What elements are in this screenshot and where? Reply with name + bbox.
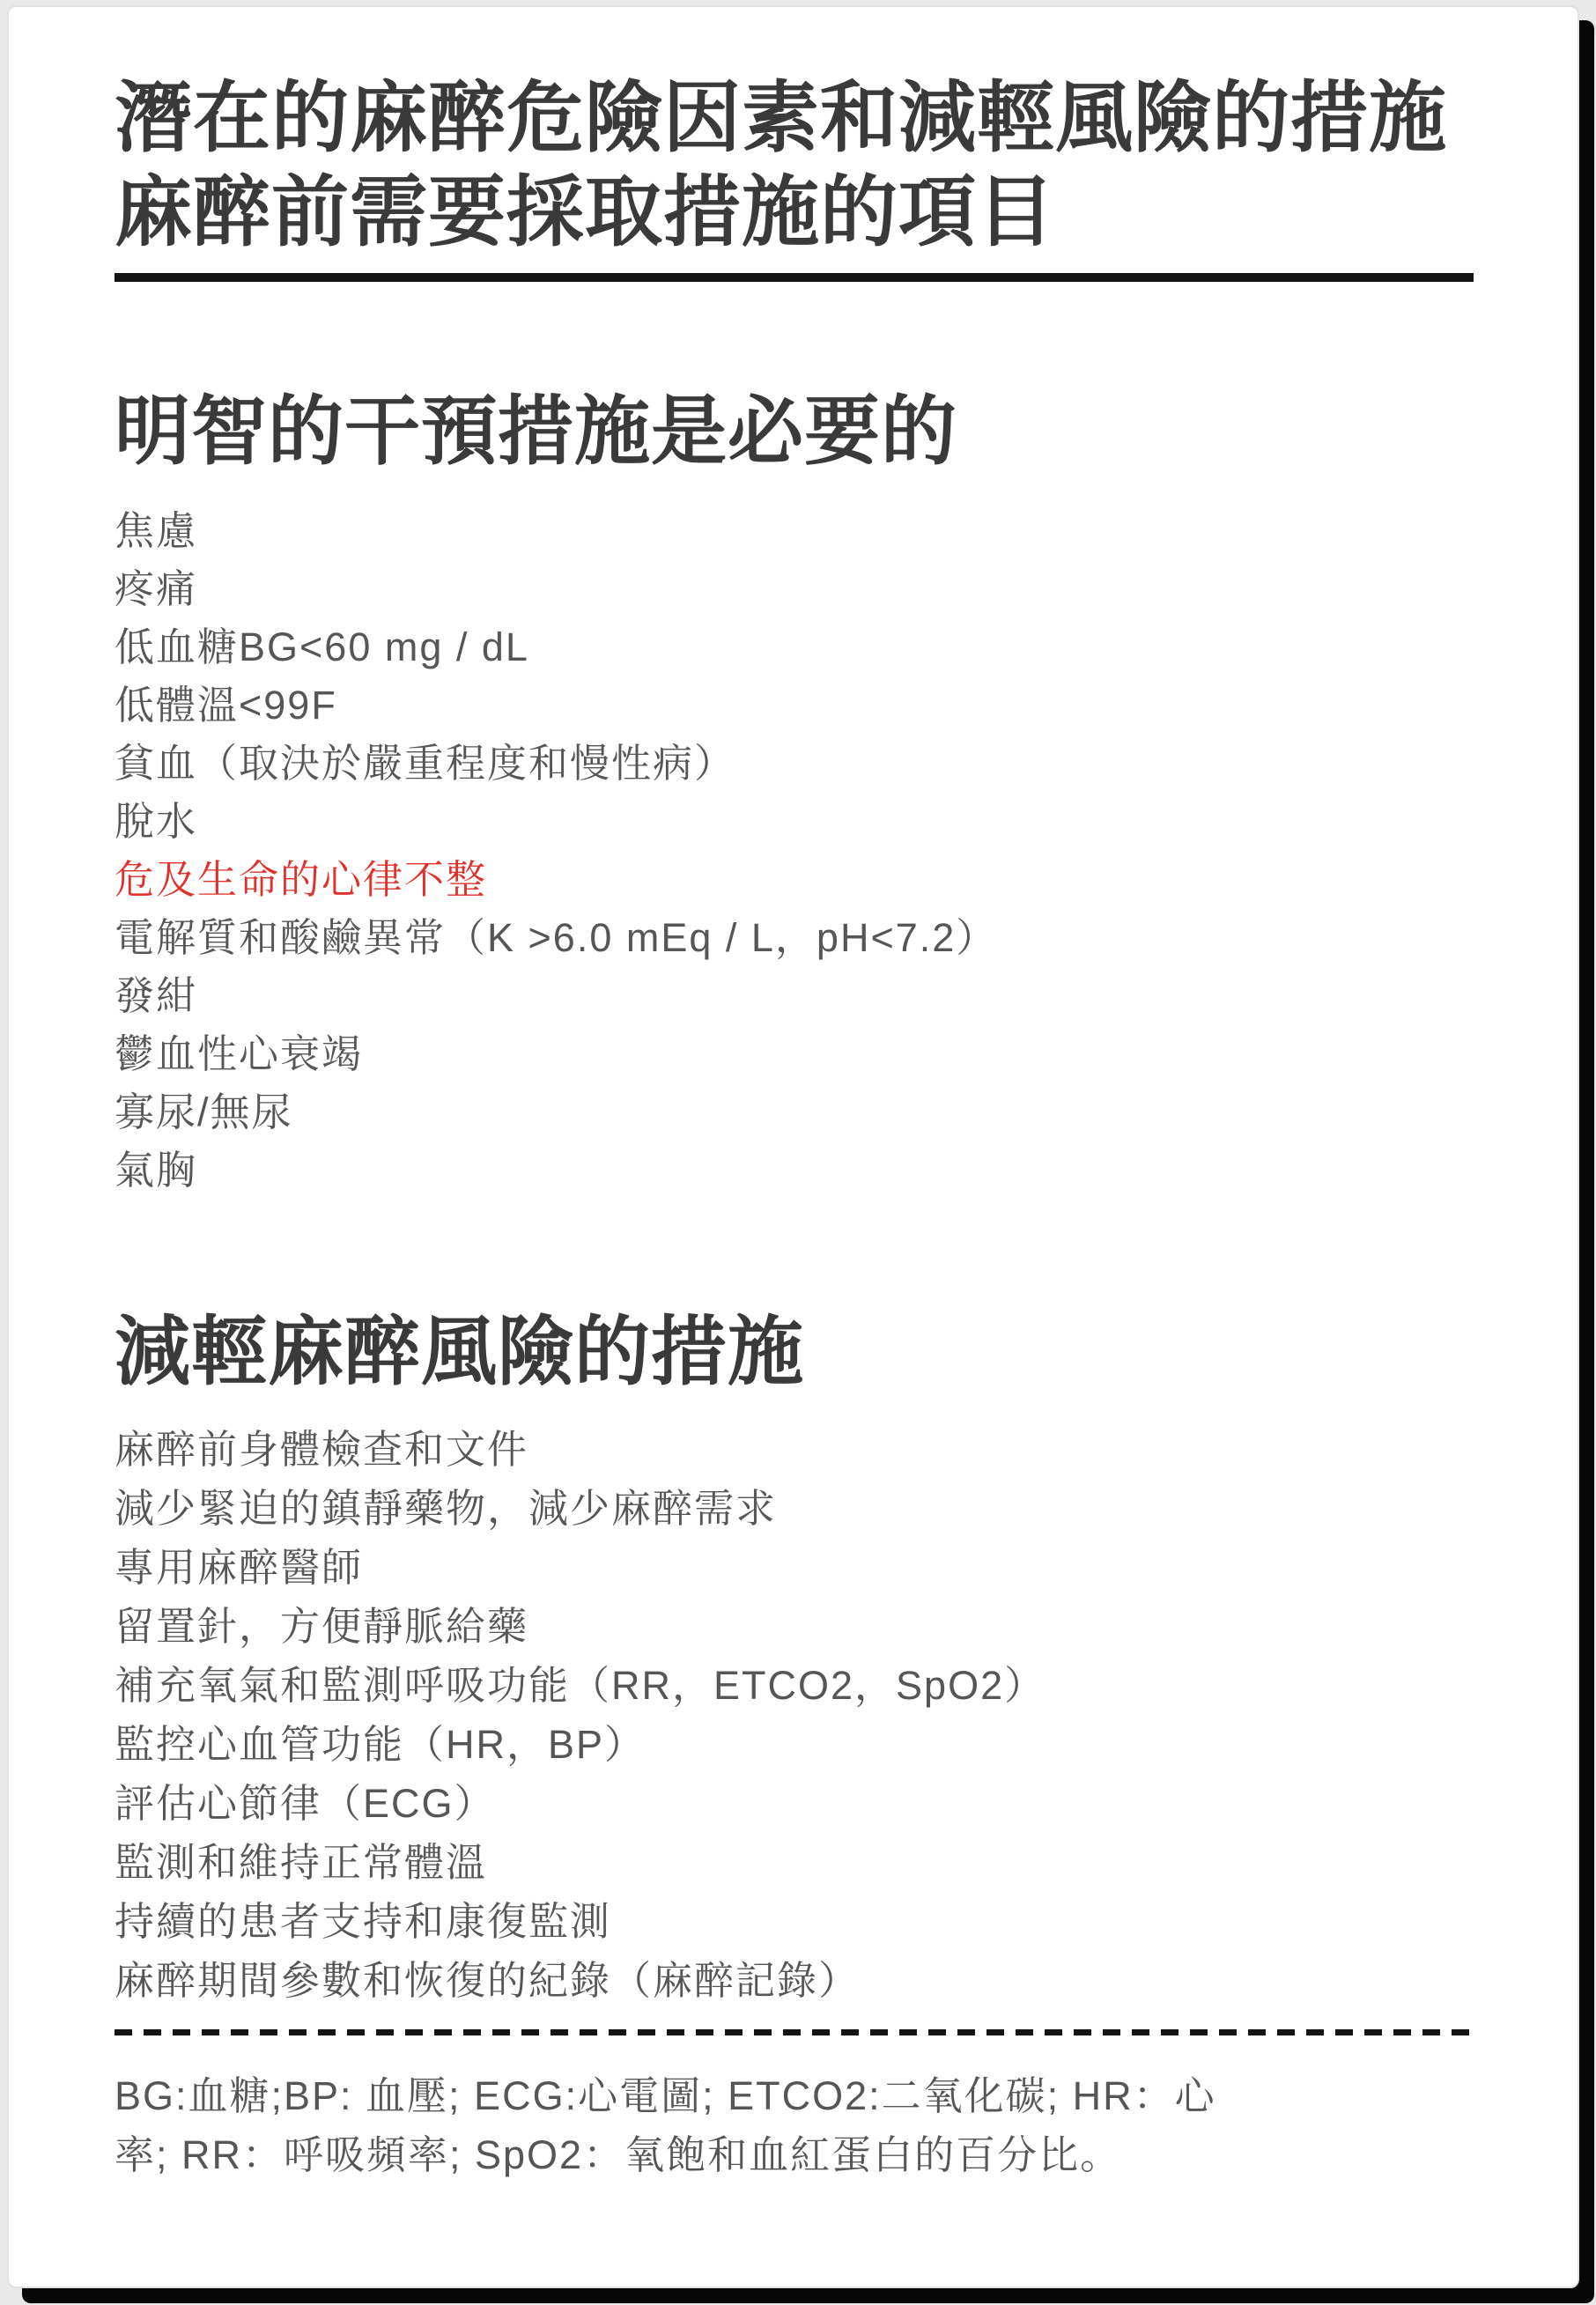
document-card: 潛在的麻醉危險因素和減輕風險的措施 麻醉前需要採取措施的項目 明智的干預措施是必… xyxy=(7,5,1579,2288)
list-item: 持續的患者支持和康復監測 xyxy=(115,1892,1046,1951)
mitigation-measure-list: 麻醉前身體檢查和文件減少緊迫的鎮靜藥物，減少麻醉需求專用麻醉醫師留置針，方便靜脈… xyxy=(115,1420,1046,2010)
section-heading-risk-mitigation: 減輕麻醉風險的措施 xyxy=(115,1311,804,1393)
page-title-line-1: 潛在的麻醉危險因素和減輕風險的措施 xyxy=(115,70,1447,165)
list-item: 電解質和酸鹼異常（K >6.0 mEq / L，pH<7.2） xyxy=(115,909,997,967)
list-item: 麻醉前身體檢查和文件 xyxy=(115,1420,1046,1479)
list-item: 發紺 xyxy=(115,967,997,1025)
list-item: 寡尿/無尿 xyxy=(115,1083,997,1141)
list-item: 減少緊迫的鎮靜藥物，減少麻醉需求 xyxy=(115,1479,1046,1538)
risk-factor-list: 焦慮疼痛低血糖BG<60 mg / dL低體溫<99F貧血（取決於嚴重程度和慢性… xyxy=(115,502,997,1200)
list-item: 專用麻醉醫師 xyxy=(115,1538,1046,1597)
list-item: 疼痛 xyxy=(115,560,997,618)
list-item-alert: 危及生命的心律不整 xyxy=(115,851,997,909)
list-item: 貧血（取決於嚴重程度和慢性病） xyxy=(115,735,997,793)
list-item: 留置針，方便靜脈給藥 xyxy=(115,1597,1046,1656)
footer-dashed-divider xyxy=(115,2029,1474,2035)
abbreviation-note-line-2: 率; RR：呼吸頻率; SpO2：氧飽和血紅蛋白的百分比。 xyxy=(115,2125,1216,2184)
list-item: 監控心血管功能（HR，BP） xyxy=(115,1715,1046,1774)
list-item: 焦慮 xyxy=(115,502,997,560)
list-item: 鬱血性心衰竭 xyxy=(115,1025,997,1083)
list-item: 氣胸 xyxy=(115,1141,997,1200)
abbreviation-note-line-1: BG:血糖;BP: 血壓; ECG:心電圖; ETCO2:二氧化碳; HR：心 xyxy=(115,2066,1216,2125)
list-item: 脫水 xyxy=(115,793,997,851)
page-title: 潛在的麻醉危險因素和減輕風險的措施 麻醉前需要採取措施的項目 xyxy=(115,70,1447,259)
list-item: 低血糖BG<60 mg / dL xyxy=(115,618,997,676)
list-item: 補充氧氣和監測呼吸功能（RR，ETCO2，SpO2） xyxy=(115,1656,1046,1715)
page-title-line-2: 麻醉前需要採取措施的項目 xyxy=(115,165,1447,259)
list-item: 低體溫<99F xyxy=(115,676,997,735)
title-underline-rule xyxy=(115,273,1474,282)
list-item: 監測和維持正常體溫 xyxy=(115,1833,1046,1892)
abbreviation-note: BG:血糖;BP: 血壓; ECG:心電圖; ETCO2:二氧化碳; HR：心 … xyxy=(115,2066,1216,2184)
list-item: 麻醉期間參數和恢復的紀錄（麻醉記錄） xyxy=(115,1951,1046,2010)
list-item: 評估心節律（ECG） xyxy=(115,1774,1046,1833)
section-heading-interventions-needed: 明智的干預措施是必要的 xyxy=(115,391,957,472)
